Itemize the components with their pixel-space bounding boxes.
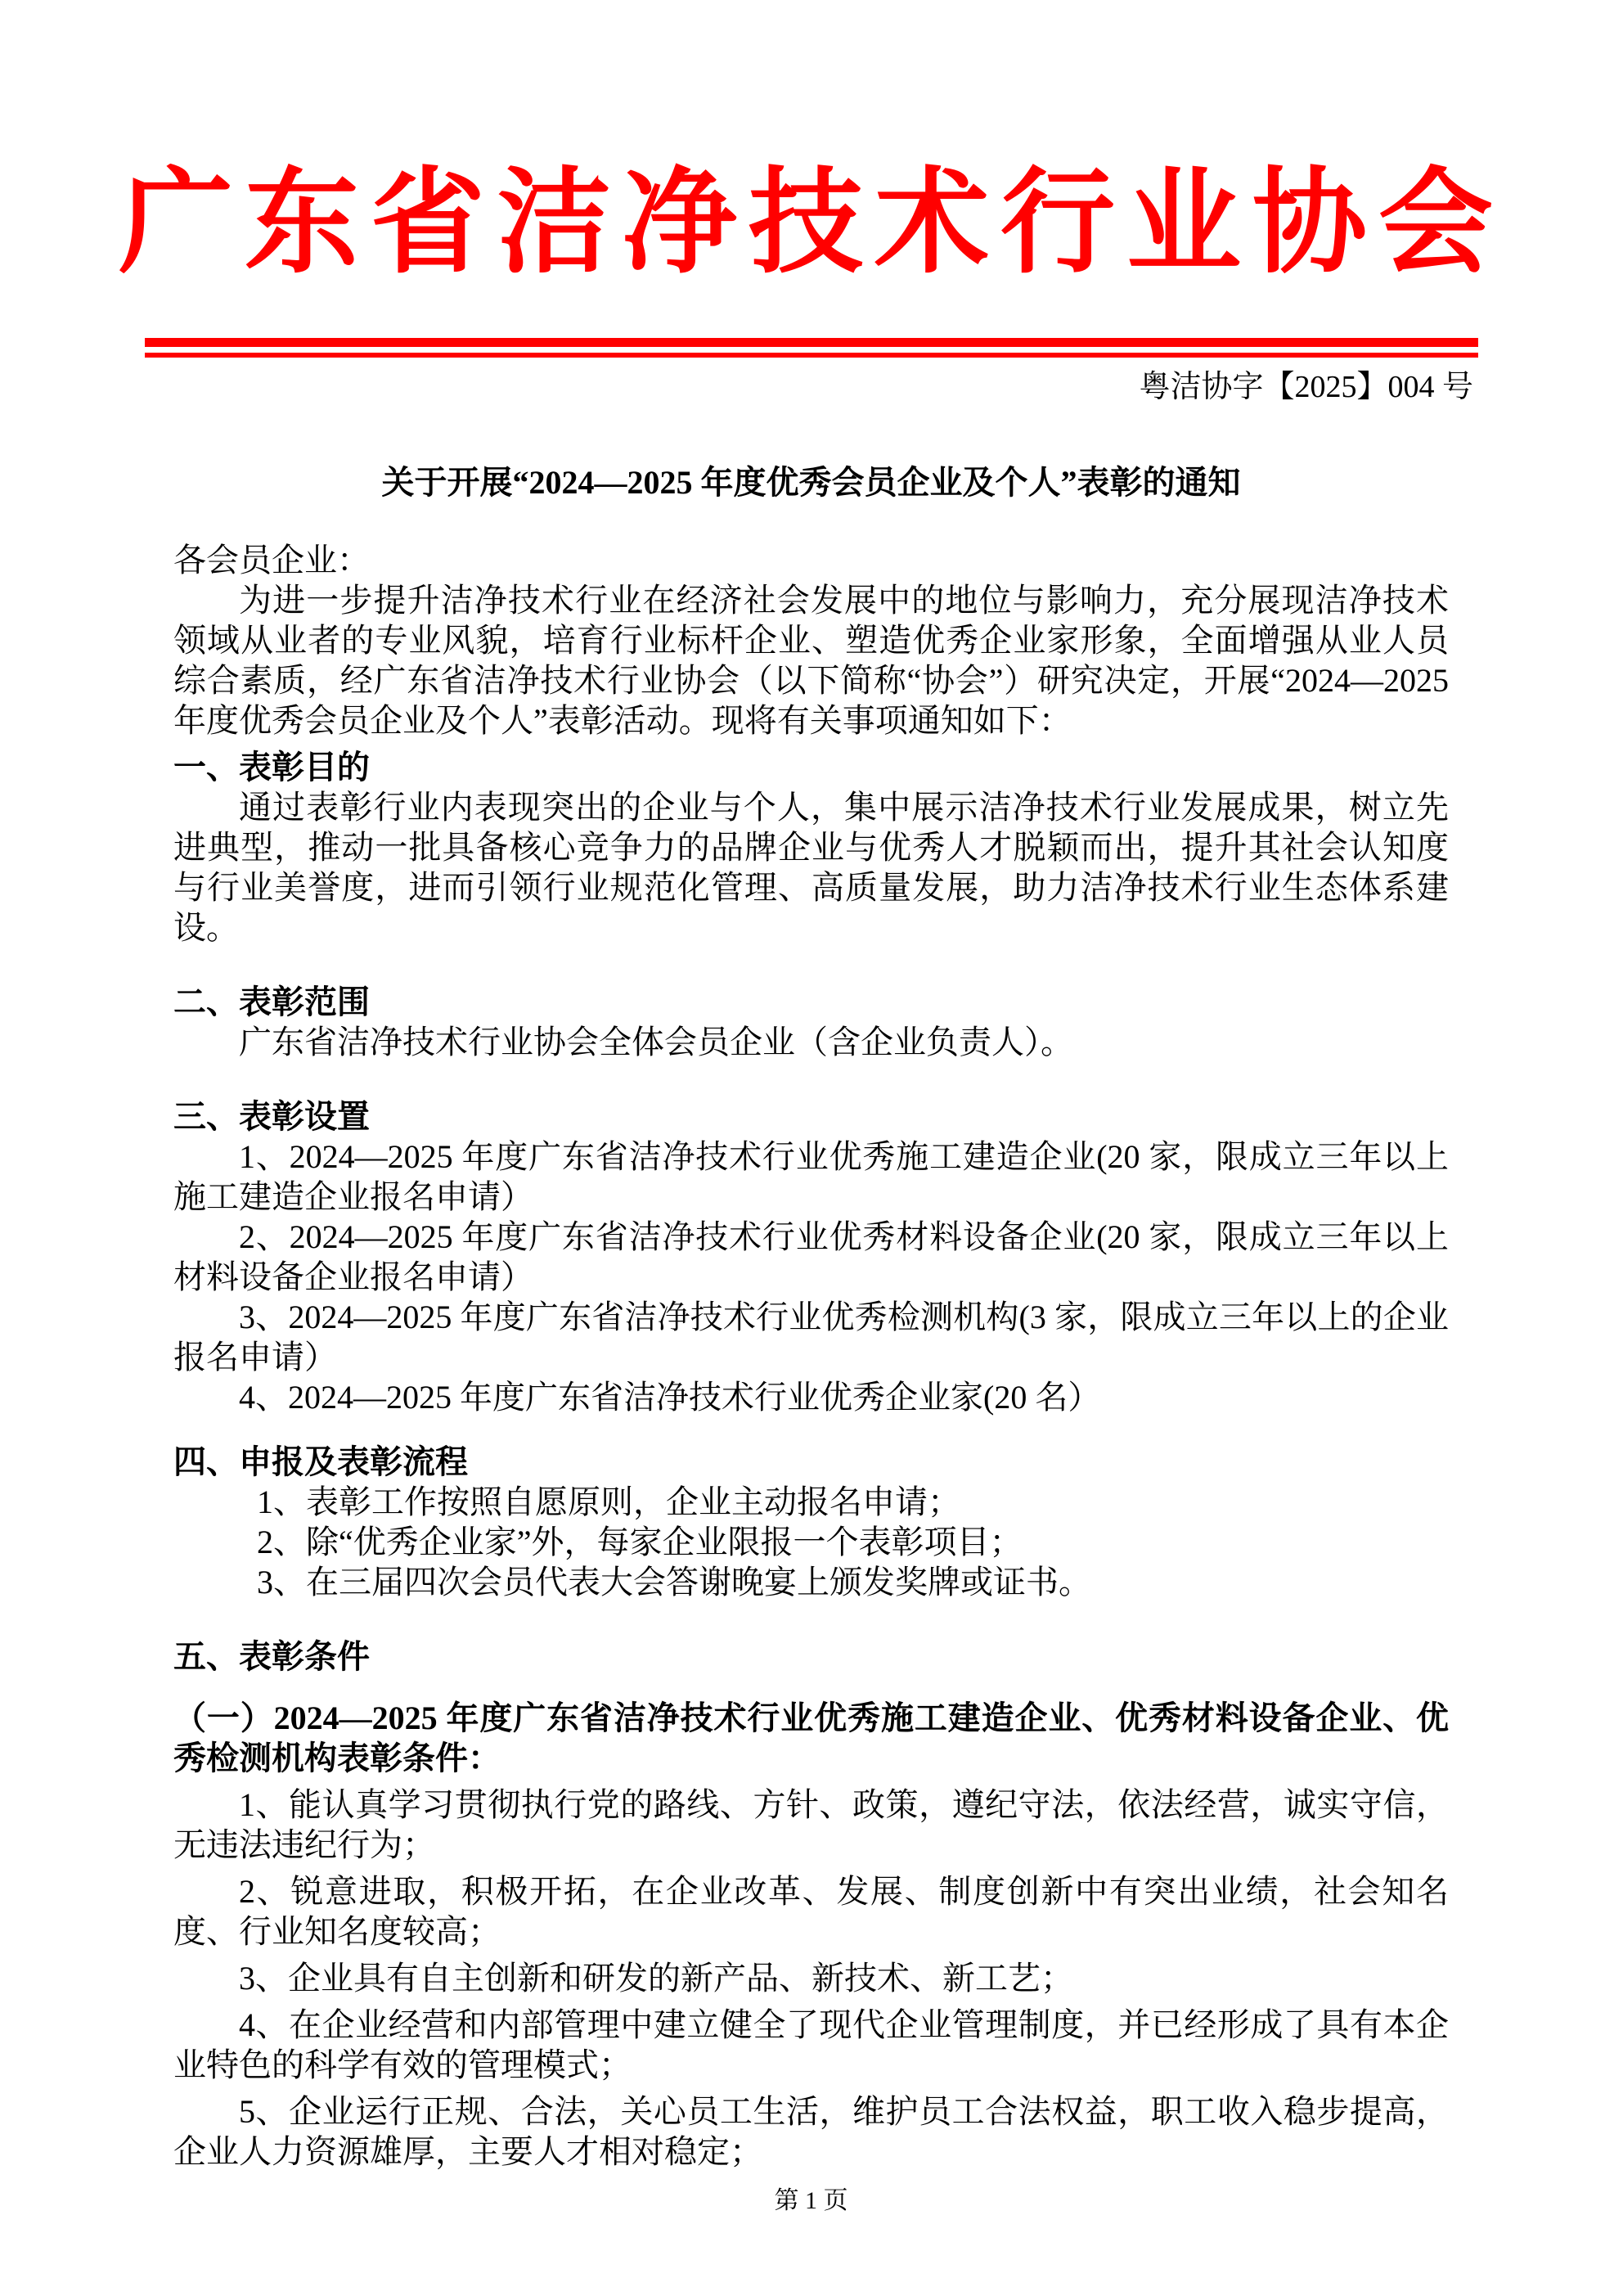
section-4-item: 3、在三届四次会员代表大会答谢晚宴上颁发奖牌或证书。 [173, 1562, 1449, 1602]
section-5-subheading: （一）2024—2025 年度广东省洁净技术行业优秀施工建造企业、优秀材料设备企… [173, 1698, 1449, 1778]
section-3-item: 4、2024—2025 年度广东省洁净技术行业优秀企业家(20 名） [173, 1377, 1449, 1417]
intro-paragraph: 为进一步提升洁净技术行业在经济社会发展中的地位与影响力，充分展现洁净技术领域从业… [173, 580, 1449, 741]
doc-title: 关于开展“2024—2025 年度优秀会员企业及个人”表彰的通知 [173, 462, 1449, 502]
letterhead-rule-thin [145, 353, 1478, 358]
section-5-item: 5、企业运行正规、合法，关心员工生活，维护员工合法权益，职工收入稳步提高，企业人… [173, 2091, 1449, 2172]
section-3-heading: 三、表彰设置 [173, 1096, 1449, 1137]
salutation: 各会员企业： [173, 540, 1449, 580]
section-4-item: 1、表彰工作按照自愿原则，企业主动报名申请； [173, 1482, 1449, 1522]
section-4-heading: 四、申报及表彰流程 [173, 1442, 1449, 1482]
section-4-item: 2、除“优秀企业家”外，每家企业限报一个表彰项目； [173, 1522, 1449, 1562]
section-2-heading: 二、表彰范围 [173, 982, 1449, 1022]
section-5-heading: 五、表彰条件 [173, 1636, 1449, 1677]
document-page: 广东省洁净技术行业协会 粤洁协字【2025】004 号 关于开展“2024—20… [0, 0, 1623, 2296]
org-title: 广东省洁净技术行业协会 [0, 0, 1623, 286]
page-footer: 第 1 页 [173, 2186, 1449, 2216]
section-5-item: 2、锐意进取，积极开拓，在企业改革、发展、制度创新中有突出业绩，社会知名度、行业… [173, 1871, 1449, 1952]
section-1-paragraph: 通过表彰行业内表现突出的企业与个人，集中展示洁净技术行业发展成果，树立先进典型，… [173, 787, 1449, 948]
section-3-item: 2、2024—2025 年度广东省洁净技术行业优秀材料设备企业(20 家，限成立… [173, 1217, 1449, 1297]
letterhead-rule-thick [145, 338, 1478, 347]
section-5-item: 4、在企业经营和内部管理中建立健全了现代企业管理制度，并已经形成了具有本企业特色… [173, 2005, 1449, 2085]
section-5-item: 1、能认真学习贯彻执行党的路线、方针、政策，遵纪守法，依法经营，诚实守信，无违法… [173, 1785, 1449, 1865]
document-body: 关于开展“2024—2025 年度优秀会员企业及个人”表彰的通知 各会员企业： … [0, 462, 1623, 2216]
section-2-paragraph: 广东省洁净技术行业协会全体会员企业（含企业负责人）。 [173, 1022, 1449, 1062]
letterhead: 广东省洁净技术行业协会 粤洁协字【2025】004 号 [0, 0, 1623, 407]
section-1-heading: 一、表彰目的 [173, 747, 1449, 787]
section-5-item: 3、企业具有自主创新和研发的新产品、新技术、新工艺； [173, 1958, 1449, 1998]
section-3-item: 3、2024—2025 年度广东省洁净技术行业优秀检测机构(3 家，限成立三年以… [173, 1297, 1449, 1377]
doc-number: 粤洁协字【2025】004 号 [0, 369, 1473, 407]
section-3-item: 1、2024—2025 年度广东省洁净技术行业优秀施工建造企业(20 家，限成立… [173, 1137, 1449, 1217]
